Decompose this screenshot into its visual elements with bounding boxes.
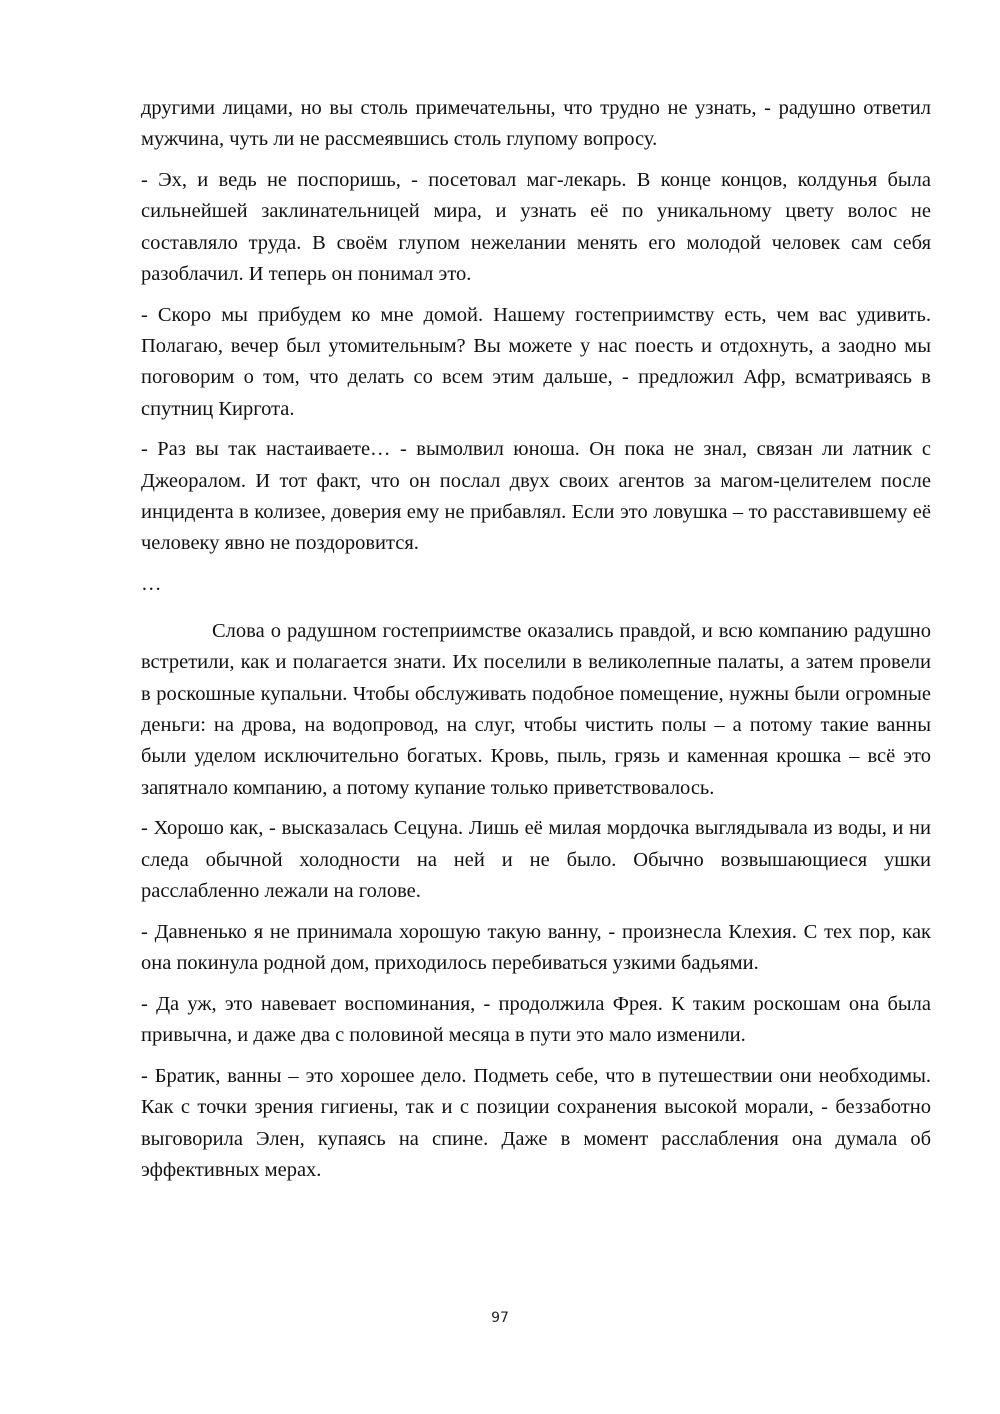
paragraph-dialogue-yunosha: - Раз вы так настаиваете… - вымолвил юно… (141, 434, 931, 559)
paragraph-dialogue-elen: - Братик, ванны – это хорошее дело. Подм… (141, 1061, 931, 1186)
paragraph-dialogue-freya: - Да уж, это навевает воспоминания, - пр… (141, 989, 931, 1052)
paragraph-narration-kupalni: Слова о радушном гостеприимстве оказалис… (141, 616, 931, 804)
document-page: другими лицами, но вы столь примечательн… (141, 93, 931, 1196)
page-number: 97 (0, 1310, 1000, 1326)
scene-break: … (141, 569, 931, 600)
paragraph-dialogue-afr: - Скоро мы прибудем ко мне домой. Нашему… (141, 300, 931, 425)
paragraph-dialogue-setsuna: - Хорошо как, - высказалась Сецуна. Лишь… (141, 813, 931, 907)
paragraph-continuation: другими лицами, но вы столь примечательн… (141, 93, 931, 156)
paragraph-dialogue-mag-lekar: - Эх, и ведь не поспоришь, - посетовал м… (141, 165, 931, 290)
paragraph-dialogue-klekhiya: - Давненько я не принимала хорошую такую… (141, 917, 931, 980)
